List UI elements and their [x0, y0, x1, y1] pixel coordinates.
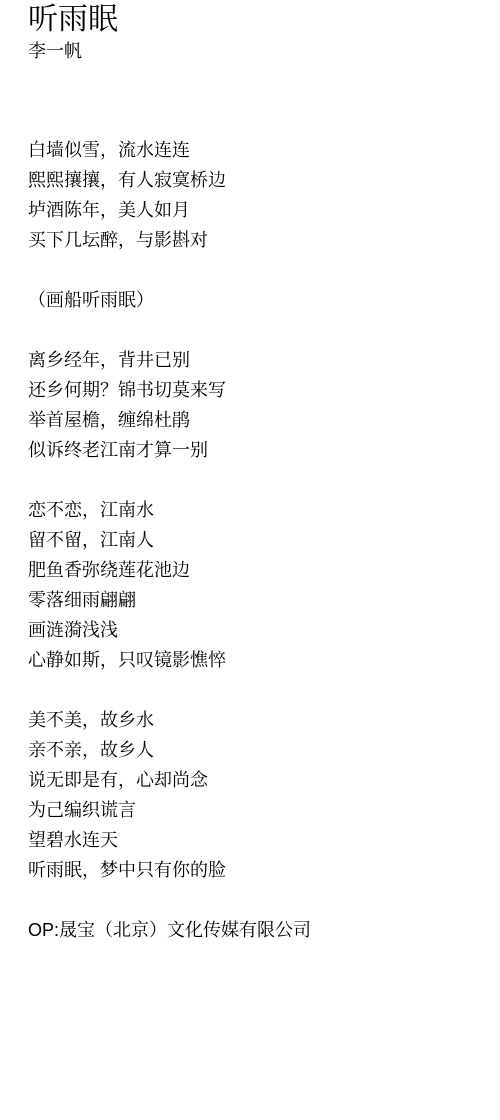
lyric-line	[28, 885, 472, 915]
lyric-line: 买下几坛醉，与影斟对	[28, 225, 472, 255]
lyric-line: 肥鱼香弥绕莲花池边	[28, 555, 472, 585]
lyric-line: 画涟漪浅浅	[28, 615, 472, 645]
lyric-line: 听雨眠，梦中只有你的脸	[28, 855, 472, 885]
lyric-line: 亲不亲，故乡人	[28, 735, 472, 765]
lyric-line: （画船听雨眠）	[28, 285, 472, 315]
lyrics-page: 听雨眠 李一帆 白墙似雪，流水连连熙熙攘攘，有人寂寞桥边垆酒陈年，美人如月买下几…	[0, 0, 500, 945]
artist-name: 李一帆	[28, 40, 472, 62]
lyrics-body: 白墙似雪，流水连连熙熙攘攘，有人寂寞桥边垆酒陈年，美人如月买下几坛醉，与影斟对 …	[28, 135, 472, 945]
lyric-line: 熙熙攘攘，有人寂寞桥边	[28, 165, 472, 195]
lyric-line: 留不留，江南人	[28, 525, 472, 555]
lyric-line: OP:晟宝（北京）文化传媒有限公司	[28, 915, 472, 945]
lyric-line: 说无即是有，心却尚念	[28, 765, 472, 795]
lyric-line: 美不美，故乡水	[28, 705, 472, 735]
lyric-line: 望碧水连天	[28, 825, 472, 855]
lyric-line: 垆酒陈年，美人如月	[28, 195, 472, 225]
lyric-line	[28, 255, 472, 285]
lyric-line: 举首屋檐，缠绵杜鹃	[28, 405, 472, 435]
lyric-line: 还乡何期？锦书切莫来写	[28, 375, 472, 405]
lyric-line	[28, 465, 472, 495]
lyric-line: 恋不恋，江南水	[28, 495, 472, 525]
lyric-line: 离乡经年，背井已别	[28, 345, 472, 375]
lyric-line: 似诉终老江南才算一别	[28, 435, 472, 465]
lyric-line: 心静如斯，只叹镜影憔悴	[28, 645, 472, 675]
lyric-line: 白墙似雪，流水连连	[28, 135, 472, 165]
lyric-line: 零落细雨翩翩	[28, 585, 472, 615]
lyric-line	[28, 675, 472, 705]
lyric-line	[28, 315, 472, 345]
lyric-line: 为己编织谎言	[28, 795, 472, 825]
song-title: 听雨眠	[28, 0, 472, 40]
